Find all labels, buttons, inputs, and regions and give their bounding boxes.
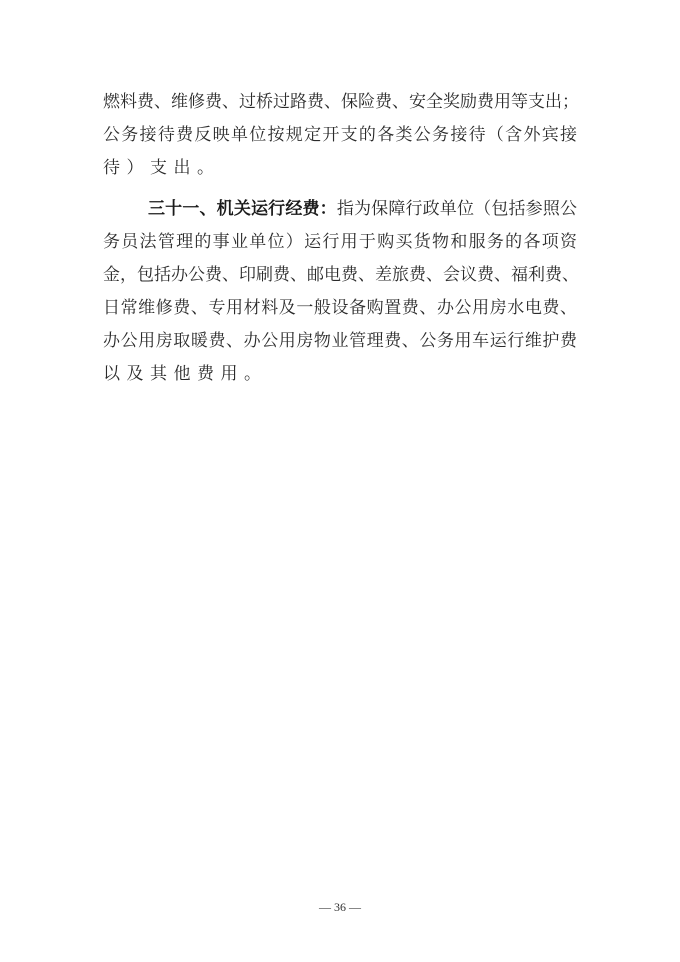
- text-line: 务员法管理的事业单位）运行用于购买货物和服务的各项资: [103, 226, 577, 259]
- text-line: 金，包括办公费、印刷费、邮电费、差旅费、会议费、福利费、: [103, 259, 577, 292]
- text-line: 公务接待费反映单位按规定开支的各类公务接待（含外宾接: [103, 119, 577, 152]
- document-body: 燃料费、维修费、过桥过路费、保险费、安全奖励费用等支出； 公务接待费反映单位按规…: [103, 86, 577, 391]
- document-page: 燃料费、维修费、过桥过路费、保险费、安全奖励费用等支出； 公务接待费反映单位按规…: [0, 0, 680, 962]
- text-line: 燃料费、维修费、过桥过路费、保险费、安全奖励费用等支出；: [103, 86, 577, 119]
- text-line: 日常维修费、专用材料及一般设备购置费、办公用房水电费、: [103, 292, 577, 325]
- section-heading: 三十一、机关运行经费：: [148, 199, 337, 219]
- text-line: 办公用房取暖费、办公用房物业管理费、公务用车运行维护费: [103, 325, 577, 358]
- text-line: 待）支出。: [103, 152, 577, 185]
- text-span: 指为保障行政单位（包括参照公: [337, 199, 577, 219]
- paragraph-official-reception: 燃料费、维修费、过桥过路费、保险费、安全奖励费用等支出； 公务接待费反映单位按规…: [103, 86, 577, 185]
- page-number: — 36 —: [0, 900, 680, 915]
- text-line: 以及其他费用。: [103, 358, 577, 391]
- text-line: 三十一、机关运行经费：指为保障行政单位（包括参照公: [103, 193, 577, 226]
- paragraph-operating-expenses: 三十一、机关运行经费：指为保障行政单位（包括参照公 务员法管理的事业单位）运行用…: [103, 193, 577, 391]
- paragraph-gap: [103, 185, 577, 193]
